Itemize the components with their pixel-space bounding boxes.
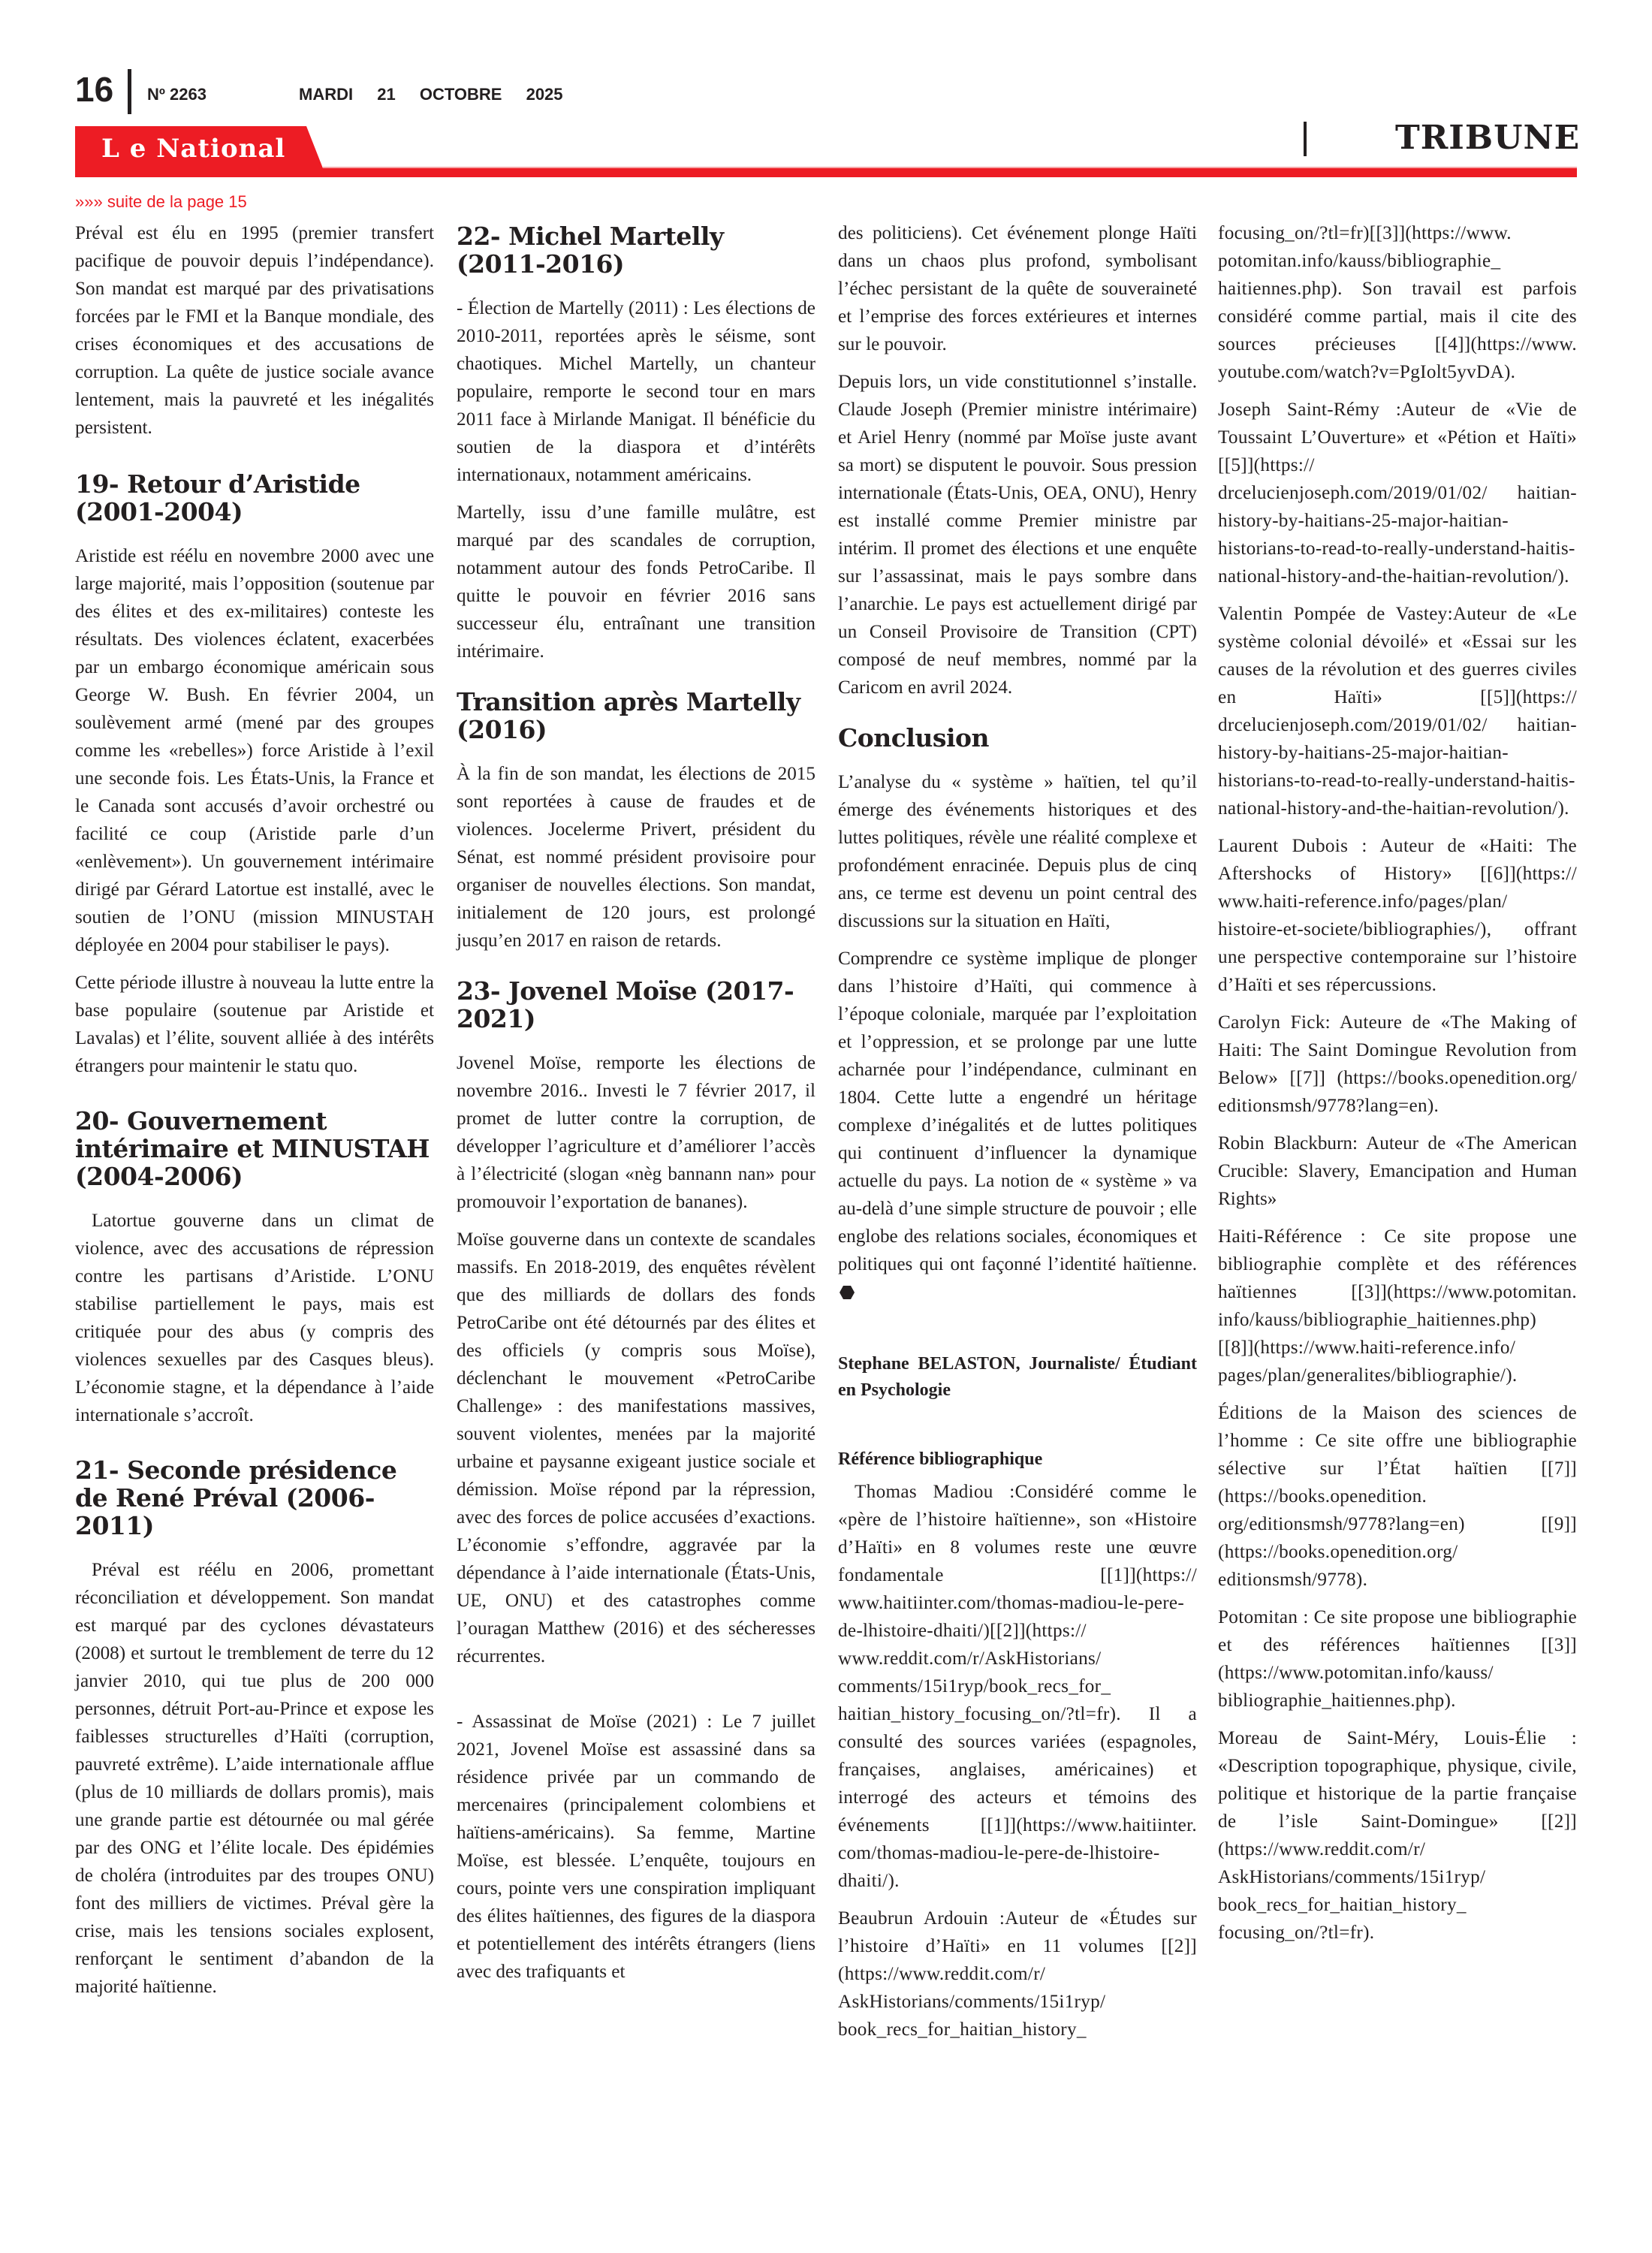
reference-blackburn: Robin Blackburn: Auteur de «The American… [1218, 1130, 1577, 1213]
folio-divider [128, 69, 131, 114]
heading-section-23: 23- Jovenel Moïse (2017-2021) [457, 977, 815, 1033]
column-3: des politiciens). Cet événement plonge H… [838, 219, 1197, 2053]
paragraph: Préval est réélu en 2006, promettant réc… [75, 1556, 434, 2001]
newspaper-logo: L e National [101, 134, 285, 164]
date-weekday: MARDI [299, 85, 353, 104]
date-day: 21 [377, 85, 395, 104]
reference-moreau: Moreau de Saint-Méry, Louis-Élie : «Desc… [1218, 1724, 1577, 1947]
section-divider [1304, 122, 1307, 156]
red-band-shape [75, 126, 1577, 177]
issue-number: Nº 2263 [147, 85, 206, 104]
heading-section-19: 19- Retour d’Aristide (2001-2004) [75, 470, 434, 526]
heading-conclusion: Conclusion [838, 724, 1197, 752]
paragraph: - Élection de Martelly (2011) : Les élec… [457, 294, 815, 489]
date-year: 2025 [526, 85, 563, 104]
end-of-article-hexagon-icon [840, 1286, 855, 1299]
heading-section-22: 22- Michel Martelly (2011-2016) [457, 222, 815, 278]
paragraph: Aristide est réélu en novembre 2000 avec… [75, 542, 434, 959]
reference-dubois: Laurent Dubois : Auteur de «Haiti: The A… [1218, 832, 1577, 999]
paragraph: Depuis lors, un vide constitutionnel s’i… [838, 368, 1197, 701]
reference-fick: Carolyn Fick: Auteure de «The Making of … [1218, 1009, 1577, 1120]
reference-msh: Éditions de la Maison des sciences de l’… [1218, 1399, 1577, 1594]
paragraph: - Assassinat de Moïse (2021) : Le 7 juil… [457, 1708, 815, 1986]
publication-date: MARDI 21 OCTOBRE 2025 [299, 85, 575, 104]
heading-transition: Transition après Martelly (2016) [457, 688, 815, 743]
newspaper-page: 16 Nº 2263 MARDI 21 OCTOBRE 2025 L e Nat… [0, 0, 1652, 2253]
paragraph: Jovenel Moïse, remporte les élections de… [457, 1049, 815, 1216]
reference-potomitan: Potomitan : Ce site propose une bibliogr… [1218, 1603, 1577, 1715]
section-title: TRIBUNE [1395, 119, 1580, 157]
paragraph: Préval est élu en 1995 (premier transfer… [75, 219, 434, 442]
reference-madiou: Thomas Madiou :Considéré comme le «père … [838, 1478, 1197, 1895]
heading-references: Référence bibliographique [838, 1446, 1197, 1473]
reference-ardouin: Beaubrun Ardouin :Auteur de «Études sur … [838, 1905, 1197, 2043]
heading-section-20: 20- Gouvernement intérimaire et MINUSTAH… [75, 1107, 434, 1190]
continued-from-label: »»» suite de la page 15 [75, 192, 247, 212]
date-month: OCTOBRE [420, 85, 502, 104]
reference-ardouin-continued: focusing_on/?tl=fr)[[3]](https://www. po… [1218, 219, 1577, 386]
column-2: 22- Michel Martelly (2011-2016) - Électi… [457, 219, 815, 1995]
paragraph: Latortue gouverne dans un climat de viol… [75, 1207, 434, 1429]
column-4: focusing_on/?tl=fr)[[3]](https://www. po… [1218, 219, 1577, 1956]
reference-vastey: Valentin Pompée de Vastey:Auteur de «Le … [1218, 600, 1577, 822]
paragraph: L’analyse du « système » haïtien, tel qu… [838, 768, 1197, 935]
paragraph: Comprendre ce système implique de plonge… [838, 945, 1197, 1306]
heading-section-21: 21- Seconde présidence de René Préval (2… [75, 1456, 434, 1540]
conclusion-text: Comprendre ce système implique de plonge… [838, 949, 1197, 1274]
author-byline: Stephane BELASTON, Journaliste/ Étudiant… [838, 1351, 1197, 1404]
header-red-band [75, 126, 1577, 177]
paragraph: Martelly, issu d’une famille mulâtre, es… [457, 499, 815, 665]
paragraph: Moïse gouverne dans un contexte de scand… [457, 1226, 815, 1670]
reference-haiti-reference: Haiti-Référence : Ce site propose une bi… [1218, 1223, 1577, 1389]
paragraph: des politiciens). Cet événement plonge H… [838, 219, 1197, 358]
page-number: 16 [75, 72, 113, 107]
column-1: Préval est élu en 1995 (premier transfer… [75, 219, 434, 2010]
paragraph: À la fin de son mandat, les élections de… [457, 760, 815, 955]
reference-saint-remy: Joseph Saint-Rémy :Auteur de «Vie de Tou… [1218, 396, 1577, 590]
paragraph: Cette période illustre à nouveau la lutt… [75, 969, 434, 1080]
